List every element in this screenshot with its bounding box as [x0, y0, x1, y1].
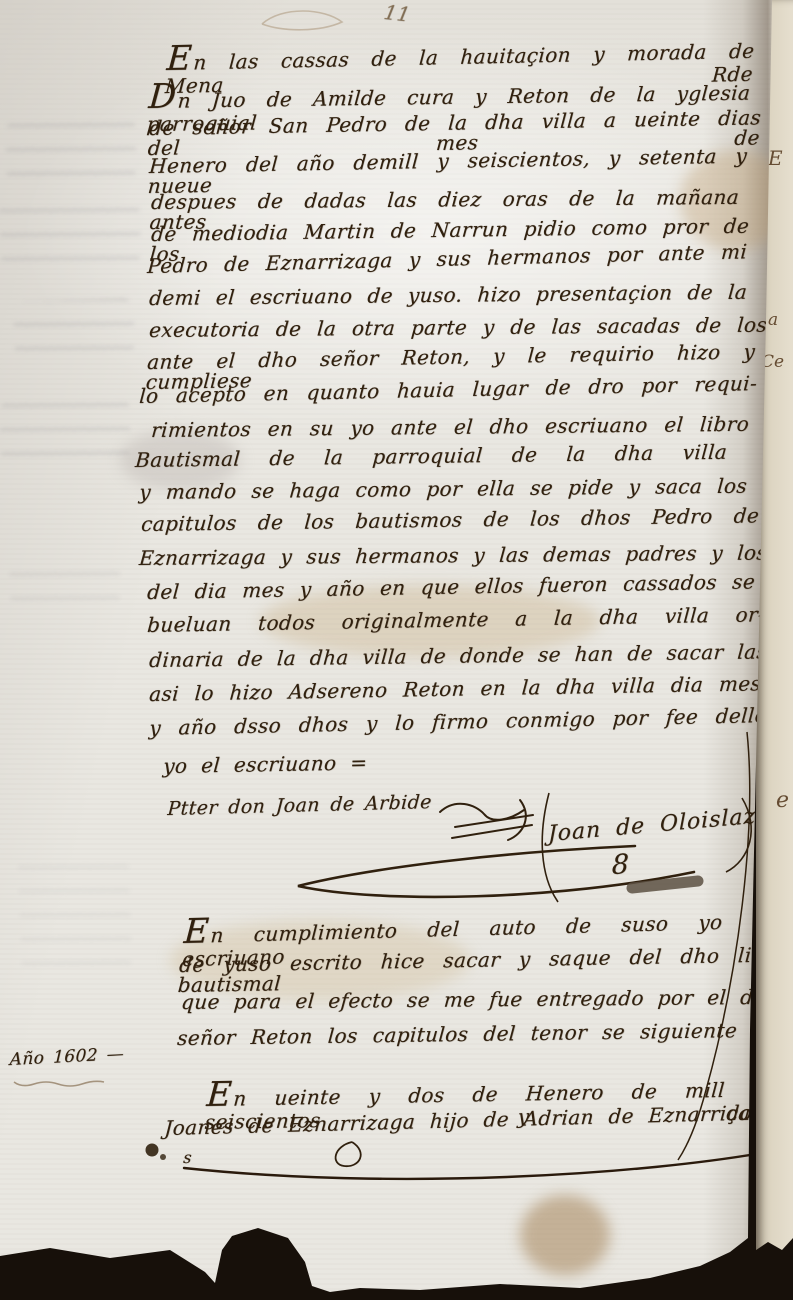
verso-bleedthrough — [0, 193, 141, 268]
ink-blot — [146, 1144, 159, 1157]
head-flourish — [262, 11, 342, 30]
manuscript-line: Bautismal de la parroquial de la dha vil… — [135, 442, 728, 470]
attestation-rubric — [440, 800, 533, 840]
manuscript-line: executoria de la otra parte y de las sac… — [148, 315, 768, 340]
margin-note-underline — [14, 1081, 104, 1086]
signature-rubric: 8 — [612, 851, 630, 879]
ink-smear — [632, 881, 698, 888]
certification-line: señor Reton los capitulos del tenor se s… — [177, 1020, 738, 1048]
closing-rule — [184, 1150, 779, 1179]
certification-line: que para el efecto se me fue entregado p… — [180, 987, 780, 1012]
manuscript-line: y mando se haga como por ella se pide y … — [138, 476, 748, 502]
paper-stain — [520, 1195, 610, 1275]
adjacent-page-letter: E — [768, 146, 783, 170]
manuscript-line: capitulos de los bautismos de los dhos P… — [141, 505, 760, 534]
verso-bleedthrough — [0, 398, 131, 463]
manuscript-line: bueluan todos originalmente a la dha vil… — [147, 604, 766, 635]
photo-backdrop: { "colors":{ "bg":"#17100a","paper":"#e9… — [0, 0, 793, 1300]
manuscript-line: asi lo hizo Adsereno Reton en la dha vil… — [149, 673, 762, 704]
manuscript-line: rimientos en su yo ante el dho escriuano… — [150, 414, 750, 440]
attestation-line: Ptter don Joan de Arbide — [167, 793, 433, 819]
adjacent-page-letter: a — [768, 310, 778, 330]
adjacent-page-letter: e — [776, 788, 789, 813]
manuscript-line: yo el escriuano = — [163, 752, 369, 776]
manuscript-line: y año dsso dhos y lo firmo conmigo por f… — [149, 705, 768, 738]
manuscript-line: Eznarrizaga y sus hermanos y las demas p… — [138, 543, 768, 568]
manuscript-line: del dia mes y año en que ellos fueron ca… — [147, 571, 756, 602]
margin-year-note: Año 1602 — — [9, 1046, 124, 1069]
folio-mark: 11 — [382, 2, 412, 24]
manuscript-photo: E a Ce e 11 En las cassas de la hauitaçi… — [0, 0, 793, 1300]
signature-stroke — [542, 793, 558, 902]
verso-bleedthrough — [5, 118, 137, 183]
manuscript-line: demi el escriuano de yuso. hizo presenta… — [148, 282, 748, 308]
verso-bleedthrough — [9, 558, 121, 607]
verso-bleedthrough — [13, 298, 135, 357]
signature-underline-flourish — [298, 846, 694, 897]
ink-blot — [160, 1154, 166, 1160]
verso-bleedthrough — [18, 848, 132, 972]
manuscript-line: dinaria de la dha villa de donde se han … — [149, 641, 768, 670]
line-end-curl — [336, 1142, 361, 1166]
entry-lead-letter: s — [183, 1150, 193, 1166]
paper-sheet: 11 En las cassas de la hauitaçion y mora… — [0, 0, 793, 1300]
